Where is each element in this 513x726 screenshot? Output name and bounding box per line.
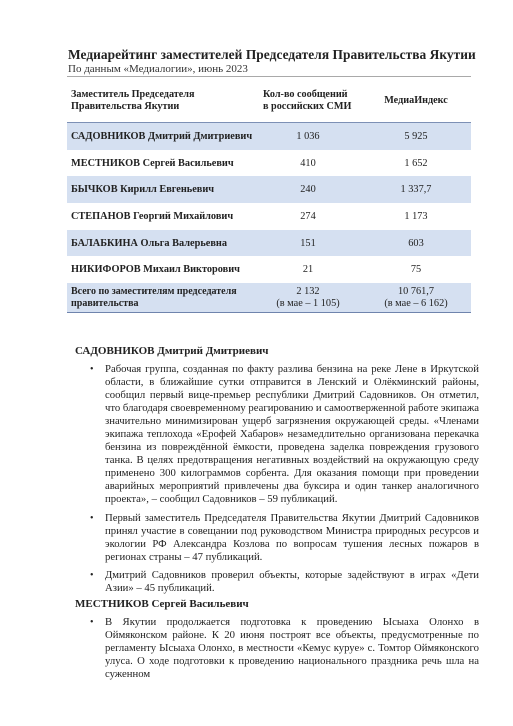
deputy-name: САДОВНИКОВ Дмитрий Дмитриевич <box>67 123 255 150</box>
document-page: Медиарейтинг заместителей Председателя П… <box>0 0 513 726</box>
list-item-text: В Якутии продолжается подготовка к прове… <box>105 616 479 680</box>
bullet-icon: • <box>90 569 94 582</box>
list-item: • Рабочая группа, созданная по факту раз… <box>75 363 479 507</box>
total-message-count: 2 132 (в мае – 1 105) <box>255 283 361 313</box>
deputy-name: СТЕПАНОВ Георгий Михайлович <box>67 203 255 230</box>
bullet-list: • В Якутии продолжается подготовка к про… <box>75 616 479 681</box>
list-item: • В Якутии продолжается подготовка к про… <box>75 616 479 681</box>
bullet-icon: • <box>90 512 94 525</box>
total-label: Всего по заместителям председателя прави… <box>67 283 255 313</box>
list-item-text: Дмитрий Садовников проверил объекты, кот… <box>105 569 479 594</box>
section-sadovnikov: САДОВНИКОВ Дмитрий Дмитриевич • Рабочая … <box>75 345 479 595</box>
list-item-text: Рабочая группа, созданная по факту разли… <box>105 363 479 505</box>
table-row: БЫЧКОВ Кирилл Евгеньевич 240 1 337,7 <box>67 176 471 203</box>
table-row: САДОВНИКОВ Дмитрий Дмитриевич 1 036 5 92… <box>67 123 471 150</box>
deputy-name: БЫЧКОВ Кирилл Евгеньевич <box>67 176 255 203</box>
message-count: 240 <box>255 176 361 203</box>
list-item-text: Первый заместитель Председателя Правител… <box>105 512 479 563</box>
media-index: 1 173 <box>361 203 471 230</box>
message-count: 274 <box>255 203 361 230</box>
table-row: НИКИФОРОВ Михаил Викторович 21 75 <box>67 256 471 283</box>
bullet-icon: • <box>90 363 94 376</box>
table-row: МЕСТНИКОВ Сергей Васильевич 410 1 652 <box>67 150 471 177</box>
page-subtitle: По данным «Медиалогии», июнь 2023 <box>68 63 248 75</box>
column-header-mediaindex: МедиаИндекс <box>361 80 471 123</box>
column-header-count: Кол-во сообщений в российских СМИ <box>255 80 361 123</box>
table-header-row: Заместитель Председателя Правительства Я… <box>67 80 471 123</box>
section-title: МЕСТНИКОВ Сергей Васильевич <box>75 598 479 610</box>
section-mestnikov: МЕСТНИКОВ Сергей Васильевич • В Якутии п… <box>75 598 479 681</box>
list-item: • Первый заместитель Председателя Правит… <box>75 512 479 564</box>
media-index: 5 925 <box>361 123 471 150</box>
message-count: 410 <box>255 150 361 177</box>
message-count: 21 <box>255 256 361 283</box>
media-rating-table: Заместитель Председателя Правительства Я… <box>67 80 471 313</box>
column-header-deputy: Заместитель Председателя Правительства Я… <box>67 80 255 123</box>
deputy-name: НИКИФОРОВ Михаил Викторович <box>67 256 255 283</box>
deputy-name: МЕСТНИКОВ Сергей Васильевич <box>67 150 255 177</box>
table-row: СТЕПАНОВ Георгий Михайлович 274 1 173 <box>67 203 471 230</box>
page-title: Медиарейтинг заместителей Председателя П… <box>68 47 476 63</box>
media-index: 75 <box>361 256 471 283</box>
table-total-row: Всего по заместителям председателя прави… <box>67 283 471 313</box>
total-media-index: 10 761,7 (в мае – 6 162) <box>361 283 471 313</box>
media-index: 603 <box>361 230 471 257</box>
media-index: 1 652 <box>361 150 471 177</box>
media-index: 1 337,7 <box>361 176 471 203</box>
bullet-icon: • <box>90 616 94 629</box>
table-row: БАЛАБКИНА Ольга Валерьевна 151 603 <box>67 230 471 257</box>
title-divider <box>67 76 471 77</box>
message-count: 1 036 <box>255 123 361 150</box>
section-title: САДОВНИКОВ Дмитрий Дмитриевич <box>75 345 479 357</box>
bullet-list: • Рабочая группа, созданная по факту раз… <box>75 363 479 595</box>
message-count: 151 <box>255 230 361 257</box>
deputy-name: БАЛАБКИНА Ольга Валерьевна <box>67 230 255 257</box>
list-item: • Дмитрий Садовников проверил объекты, к… <box>75 569 479 595</box>
